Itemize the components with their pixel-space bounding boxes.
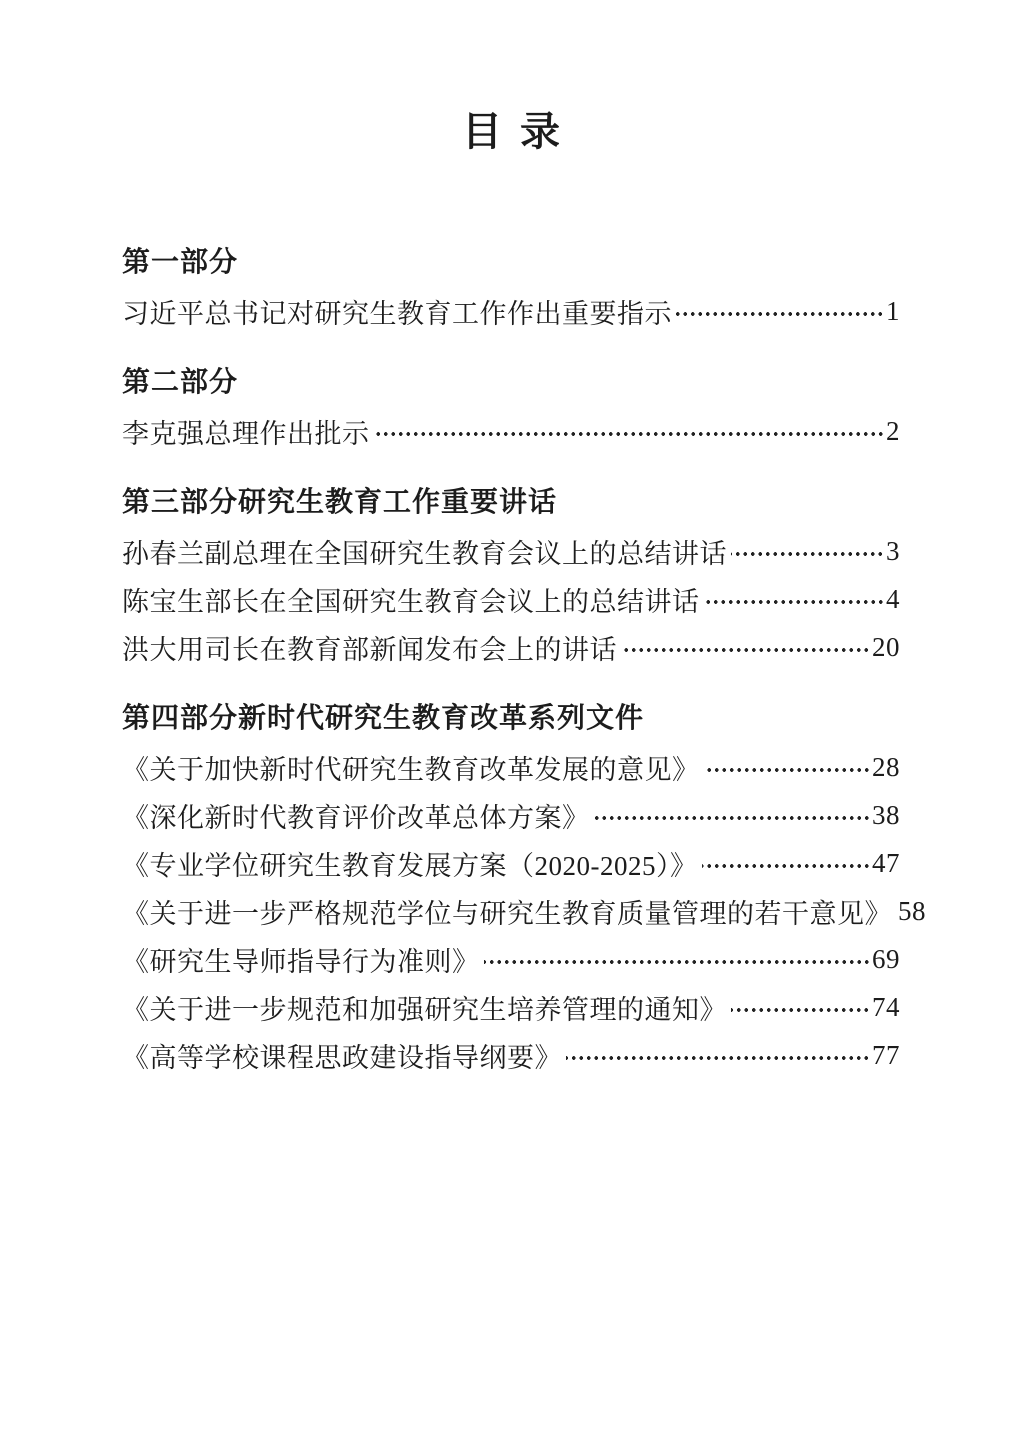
toc-entry[interactable]: 李克强总理作出批示 2 [122, 407, 900, 455]
dot-leader [676, 287, 884, 335]
toc-entry[interactable]: 《深化新时代教育评价改革总体方案》 38 [122, 791, 900, 839]
toc-entry-title: 《关于进一步规范和加强研究生培养管理的通知》 [122, 988, 727, 1027]
dot-leader [621, 623, 870, 671]
toc-entry[interactable]: 孙春兰副总理在全国研究生教育会议上的总结讲话 3 [122, 527, 900, 575]
toc-entry-title: 《高等学校课程思政建设指导纲要》 [122, 1036, 562, 1075]
toc-entry[interactable]: 《专业学位研究生教育发展方案（2020-2025）》 47 [122, 839, 900, 887]
toc-section-1: 第一部分 习近平总书记对研究生教育工作作出重要指示 1 [122, 244, 900, 335]
dot-leader [704, 575, 885, 623]
toc-entry-title: 习近平总书记对研究生教育工作作出重要指示 [122, 292, 672, 331]
section-heading: 第三部分研究生教育工作重要讲话 [122, 484, 900, 522]
toc-entry-page-number: 4 [886, 584, 900, 615]
toc-entry[interactable]: 洪大用司长在教育部新闻发布会上的讲话 20 [122, 623, 900, 671]
section-entries: 习近平总书记对研究生教育工作作出重要指示 1 [122, 287, 900, 335]
toc-entry-title: 《专业学位研究生教育发展方案（2020-2025）》 [122, 844, 698, 883]
toc-entry-title: 《关于加快新时代研究生教育改革发展的意见》 [122, 748, 700, 787]
toc-entry-page-number: 38 [872, 800, 900, 831]
section-heading: 第四部分新时代研究生教育改革系列文件 [122, 700, 900, 738]
dot-leader [484, 935, 871, 983]
dot-leader [374, 407, 885, 455]
toc-entry-page-number: 3 [886, 536, 900, 567]
section-entries: 李克强总理作出批示 2 [122, 407, 900, 455]
toc-entry-title: 《研究生导师指导行为准则》 [122, 940, 480, 979]
toc-entry-page-number: 69 [872, 944, 900, 975]
toc-entry-title: 洪大用司长在教育部新闻发布会上的讲话 [122, 628, 617, 667]
toc-entry[interactable]: 《研究生导师指导行为准则》 69 [122, 935, 900, 983]
toc-section-3: 第三部分研究生教育工作重要讲话 孙春兰副总理在全国研究生教育会议上的总结讲话 3… [122, 484, 900, 671]
section-entries: 孙春兰副总理在全国研究生教育会议上的总结讲话 3 陈宝生部长在全国研究生教育会议… [122, 527, 900, 671]
toc-entry[interactable]: 《关于进一步严格规范学位与研究生教育质量管理的若干意见》 58 [122, 887, 900, 935]
section-entries: 《关于加快新时代研究生教育改革发展的意见》 28 《深化新时代教育评价改革总体方… [122, 743, 900, 1079]
dot-leader [731, 527, 884, 575]
toc-entry-title: 《深化新时代教育评价改革总体方案》 [122, 796, 590, 835]
dot-leader [702, 839, 871, 887]
toc-entry-page-number: 74 [872, 992, 900, 1023]
toc-entry-page-number: 58 [898, 896, 926, 927]
table-of-contents: 第一部分 习近平总书记对研究生教育工作作出重要指示 1 第二部分 李克强总理作出… [122, 244, 900, 1079]
page-title: 目录 [122, 108, 918, 156]
toc-entry-title: 李克强总理作出批示 [122, 412, 370, 451]
dot-leader [704, 743, 871, 791]
toc-entry-title: 陈宝生部长在全国研究生教育会议上的总结讲话 [122, 580, 700, 619]
toc-entry[interactable]: 《高等学校课程思政建设指导纲要》 77 [122, 1031, 900, 1079]
document-page: 目录 第一部分 习近平总书记对研究生教育工作作出重要指示 1 第二部分 李克强总… [0, 0, 1024, 1446]
dot-leader [594, 791, 871, 839]
toc-entry[interactable]: 陈宝生部长在全国研究生教育会议上的总结讲话 4 [122, 575, 900, 623]
toc-entry-page-number: 1 [886, 296, 900, 327]
toc-entry[interactable]: 《关于进一步规范和加强研究生培养管理的通知》 74 [122, 983, 900, 1031]
section-heading: 第二部分 [122, 364, 900, 402]
toc-section-4: 第四部分新时代研究生教育改革系列文件 《关于加快新时代研究生教育改革发展的意见》… [122, 700, 900, 1079]
toc-entry[interactable]: 《关于加快新时代研究生教育改革发展的意见》 28 [122, 743, 900, 791]
dot-leader [566, 1031, 870, 1079]
toc-entry-page-number: 2 [886, 416, 900, 447]
section-heading: 第一部分 [122, 244, 900, 282]
toc-entry-title: 孙春兰副总理在全国研究生教育会议上的总结讲话 [122, 532, 727, 571]
dot-leader [731, 983, 870, 1031]
toc-entry-page-number: 28 [872, 752, 900, 783]
toc-entry-page-number: 47 [872, 848, 900, 879]
toc-entry[interactable]: 习近平总书记对研究生教育工作作出重要指示 1 [122, 287, 900, 335]
toc-entry-page-number: 20 [872, 632, 900, 663]
toc-section-2: 第二部分 李克强总理作出批示 2 [122, 364, 900, 455]
toc-entry-title: 《关于进一步严格规范学位与研究生教育质量管理的若干意见》 [122, 892, 892, 931]
toc-entry-page-number: 77 [872, 1040, 900, 1071]
